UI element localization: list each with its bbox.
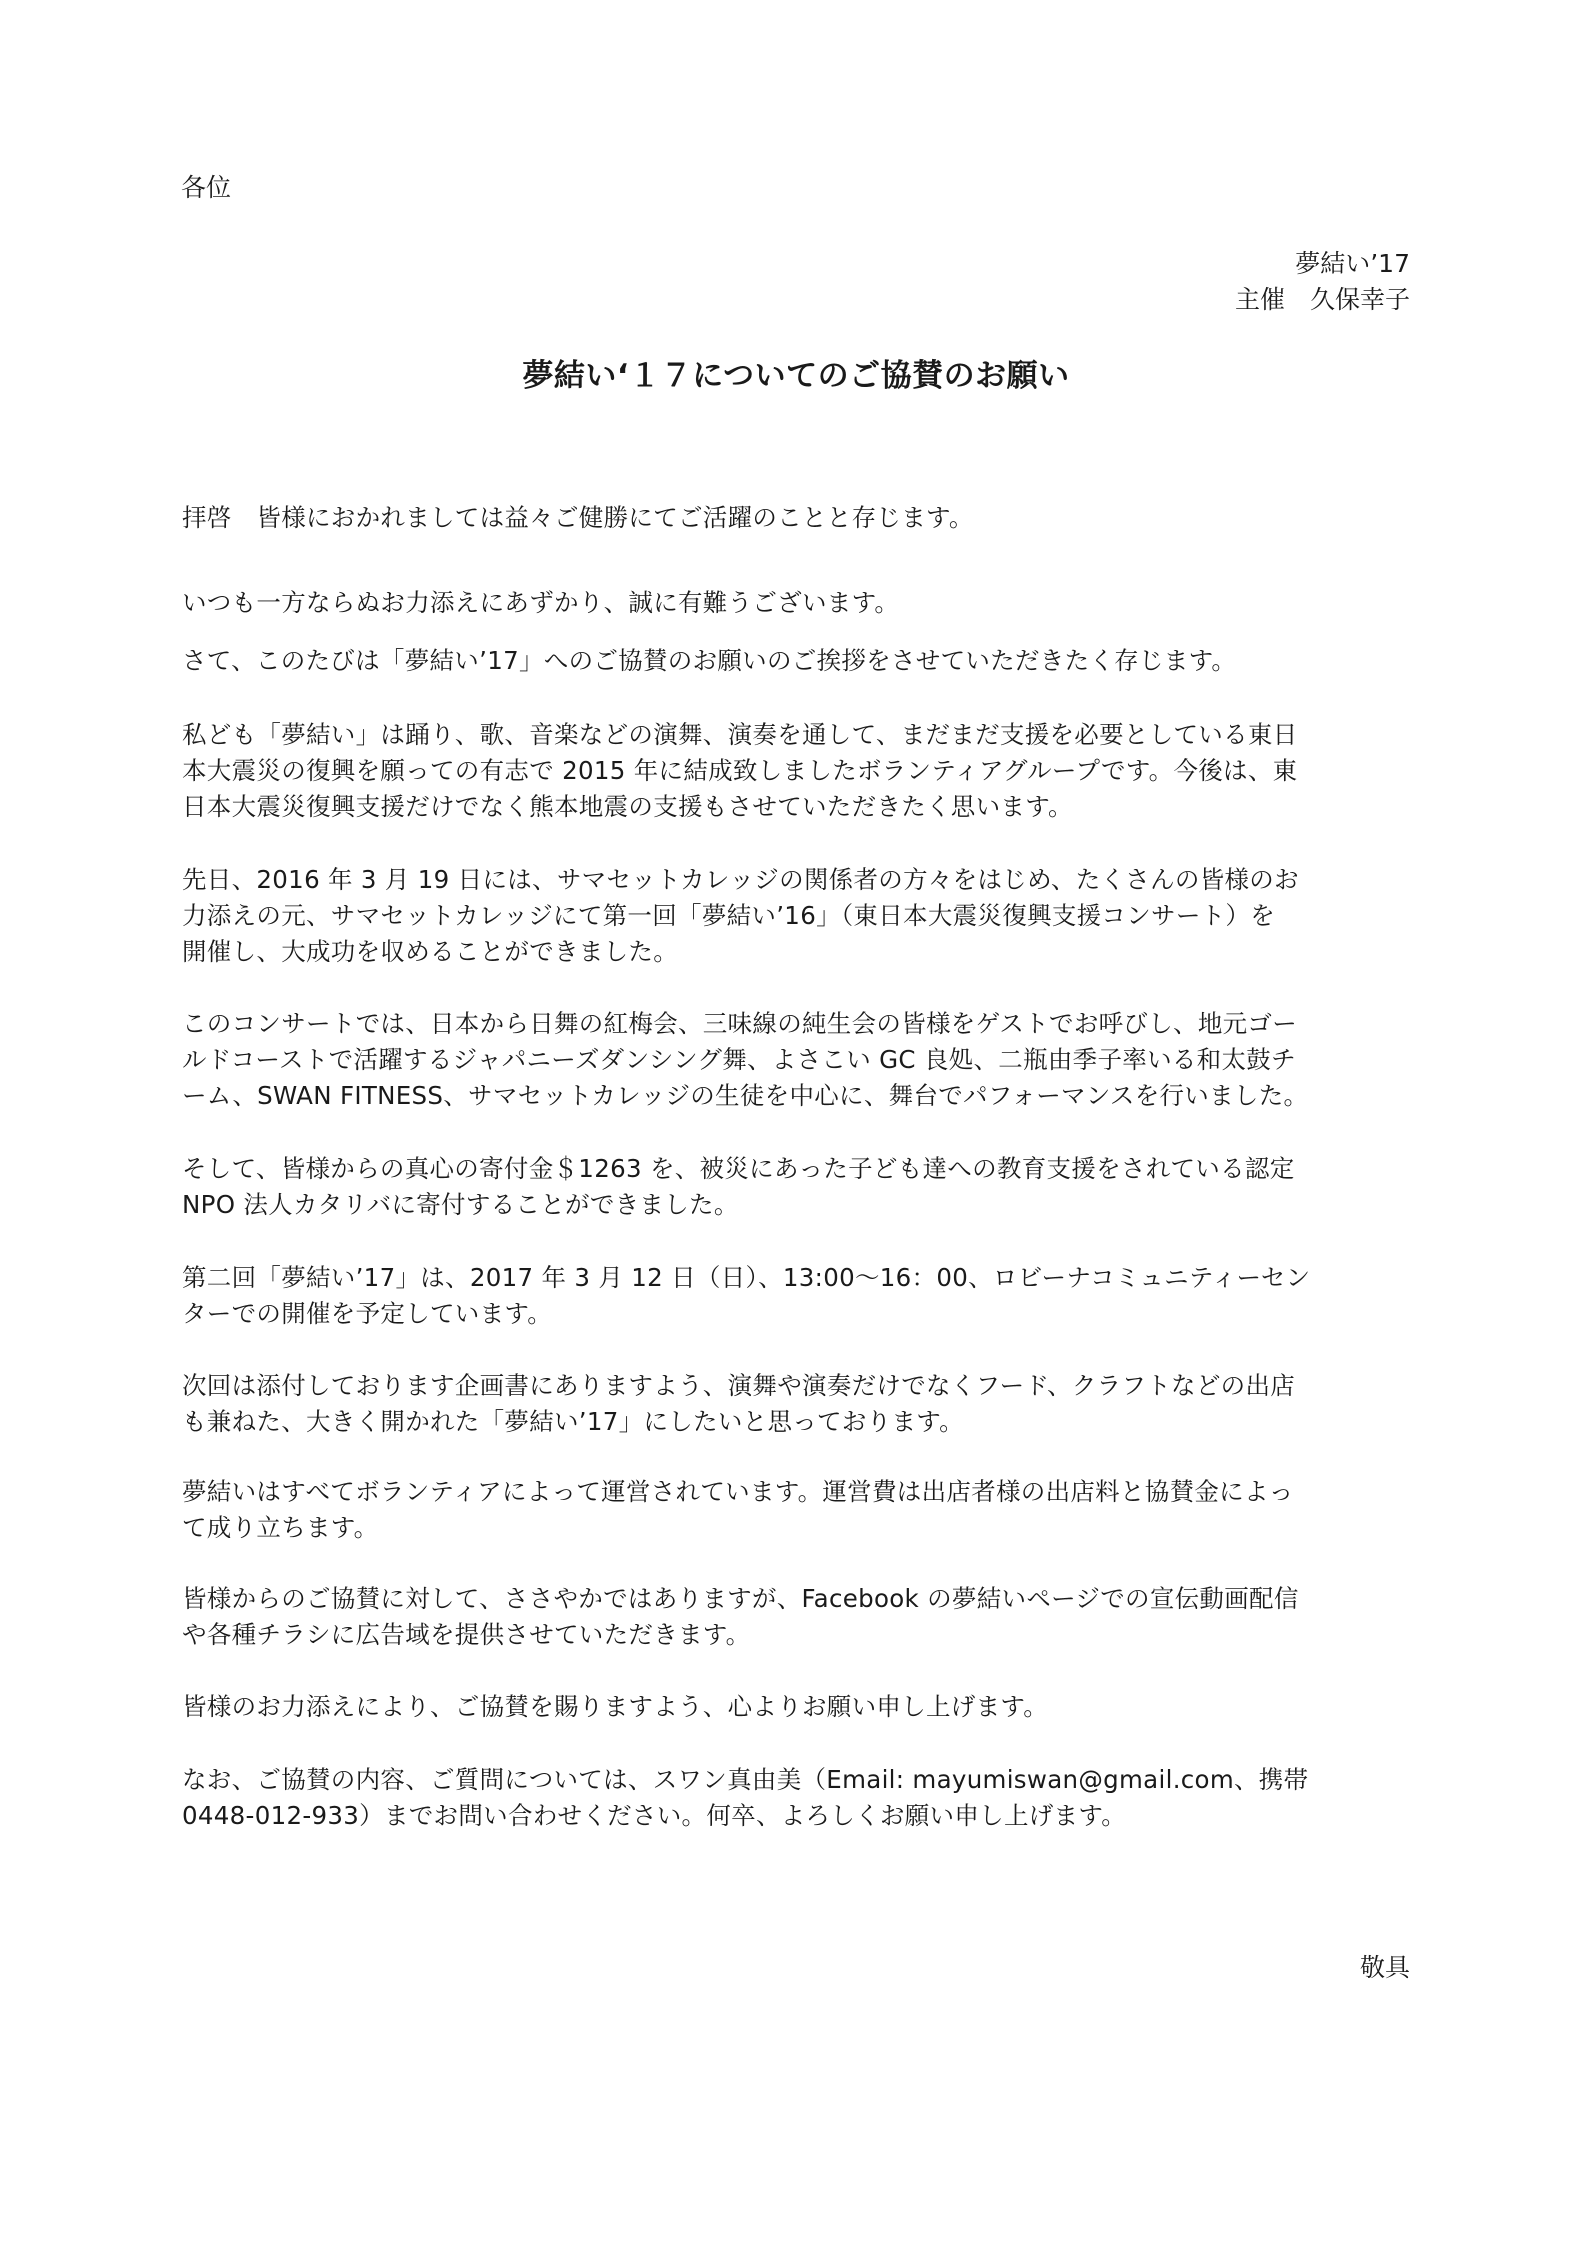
letter-page: 各位 夢結い’17 主催 久保幸子 夢結い‘１７についてのご協賛のお願い 拝啓 … <box>0 0 1592 2242</box>
paragraph-benefits: 皆様からのご協賛に対して、ささやかではありますが、Facebook の夢結いペー… <box>182 1581 1412 1653</box>
sender-block: 夢結い’17 主催 久保幸子 <box>1235 246 1410 318</box>
paragraph-line: このコンサートでは、日本から日舞の紅梅会、三味線の純生会の皆様をゲストでお呼びし… <box>182 1006 1412 1042</box>
paragraph-line: 第二回「夢結い’17」は、2017 年 3 月 12 日（日）、13:00〜16… <box>182 1260 1412 1296</box>
paragraph-plans: 次回は添付しております企画書にありますよう、演舞や演奏だけでなくフード、クラフト… <box>182 1368 1412 1440</box>
paragraph-line: ーム、SWAN FITNESS、サマセットカレッジの生徒を中心に、舞台でパフォー… <box>182 1078 1412 1114</box>
paragraph-line: ターでの開催を予定しています。 <box>182 1296 1412 1332</box>
paragraph-line: 皆様からのご協賛に対して、ささやかではありますが、Facebook の夢結いペー… <box>182 1581 1412 1617</box>
paragraph-line: NPO 法人カタリバに寄付することができました。 <box>182 1187 1412 1223</box>
paragraph-request: 皆様のお力添えにより、ご協賛を賜りますよう、心よりお願い申し上げます。 <box>182 1689 1412 1725</box>
paragraph-second-event: 第二回「夢結い’17」は、2017 年 3 月 12 日（日）、13:00〜16… <box>182 1260 1412 1332</box>
paragraph-line: 皆様のお力添えにより、ご協賛を賜りますよう、心よりお願い申し上げます。 <box>182 1689 1412 1725</box>
paragraph-line: なお、ご協賛の内容、ご質問については、スワン真由美（Email: mayumis… <box>182 1762 1412 1798</box>
paragraph-contact: なお、ご協賛の内容、ご質問については、スワン真由美（Email: mayumis… <box>182 1762 1412 1834</box>
paragraph-line: 私ども「夢結い」は踊り、歌、音楽などの演舞、演奏を通して、まだまだ支援を必要とし… <box>182 717 1412 753</box>
closing-keigu: 敬具 <box>1360 1950 1410 1986</box>
addressee: 各位 <box>181 170 231 206</box>
paragraph-operations: 夢結いはすべてボランティアによって運営されています。運営費は出店者様の出店料と協… <box>182 1474 1412 1546</box>
paragraph-line: 0448-012-933）までお問い合わせください。何卒、よろしくお願い申し上げ… <box>182 1798 1412 1834</box>
sender-organizer: 主催 久保幸子 <box>1235 282 1410 318</box>
paragraph-line: 開催し、大成功を収めることができました。 <box>182 934 1412 970</box>
paragraph-line: 次回は添付しております企画書にありますよう、演舞や演奏だけでなくフード、クラフト… <box>182 1368 1412 1404</box>
sender-organization: 夢結い’17 <box>1235 246 1410 282</box>
paragraph-line: いつも一方ならぬお力添えにあずかり、誠に有難うございます。 <box>182 585 1412 621</box>
paragraph-line: て成り立ちます。 <box>182 1510 1412 1546</box>
paragraph-intro: さて、このたびは「夢結い’17」へのご協賛のお願いのご挨拶をさせていただきたく存… <box>182 643 1412 679</box>
paragraph-line: 本大震災の復興を願っての有志で 2015 年に結成致しましたボランティアグループ… <box>182 753 1412 789</box>
paragraph-thanks: いつも一方ならぬお力添えにあずかり、誠に有難うございます。 <box>182 585 1412 621</box>
paragraph-line: 夢結いはすべてボランティアによって運営されています。運営費は出店者様の出店料と協… <box>182 1474 1412 1510</box>
paragraph-line: 力添えの元、サマセットカレッジにて第一回「夢結い’16」（東日本大震災復興支援コ… <box>182 898 1412 934</box>
paragraph-line: そして、皆様からの真心の寄付金＄1263 を、被災にあった子ども達への教育支援を… <box>182 1151 1412 1187</box>
paragraph-line: さて、このたびは「夢結い’17」へのご協賛のお願いのご挨拶をさせていただきたく存… <box>182 643 1412 679</box>
paragraph-line: ルドコーストで活躍するジャパニーズダンシング舞、よさこい GC 良処、二瓶由季子… <box>182 1042 1412 1078</box>
paragraph-performers: このコンサートでは、日本から日舞の紅梅会、三味線の純生会の皆様をゲストでお呼びし… <box>182 1006 1412 1114</box>
paragraph-line: や各種チラシに広告域を提供させていただきます。 <box>182 1617 1412 1653</box>
paragraph-donation: そして、皆様からの真心の寄付金＄1263 を、被災にあった子ども達への教育支援を… <box>182 1151 1412 1223</box>
paragraph-line: 先日、2016 年 3 月 19 日には、サマセットカレッジの関係者の方々をはじ… <box>182 862 1412 898</box>
paragraph-line: も兼ねた、大きく開かれた「夢結い’17」にしたいと思っております。 <box>182 1404 1412 1440</box>
paragraph-about-group: 私ども「夢結い」は踊り、歌、音楽などの演舞、演奏を通して、まだまだ支援を必要とし… <box>182 717 1412 825</box>
paragraph-first-event: 先日、2016 年 3 月 19 日には、サマセットカレッジの関係者の方々をはじ… <box>182 862 1412 970</box>
paragraph-line: 日本大震災復興支援だけでなく熊本地震の支援もさせていただきたく思います。 <box>182 789 1412 825</box>
greeting: 拝啓 皆様におかれましては益々ご健勝にてご活躍のことと存じます。 <box>182 500 1412 536</box>
letter-title: 夢結い‘１７についてのご協賛のお願い <box>0 354 1592 398</box>
